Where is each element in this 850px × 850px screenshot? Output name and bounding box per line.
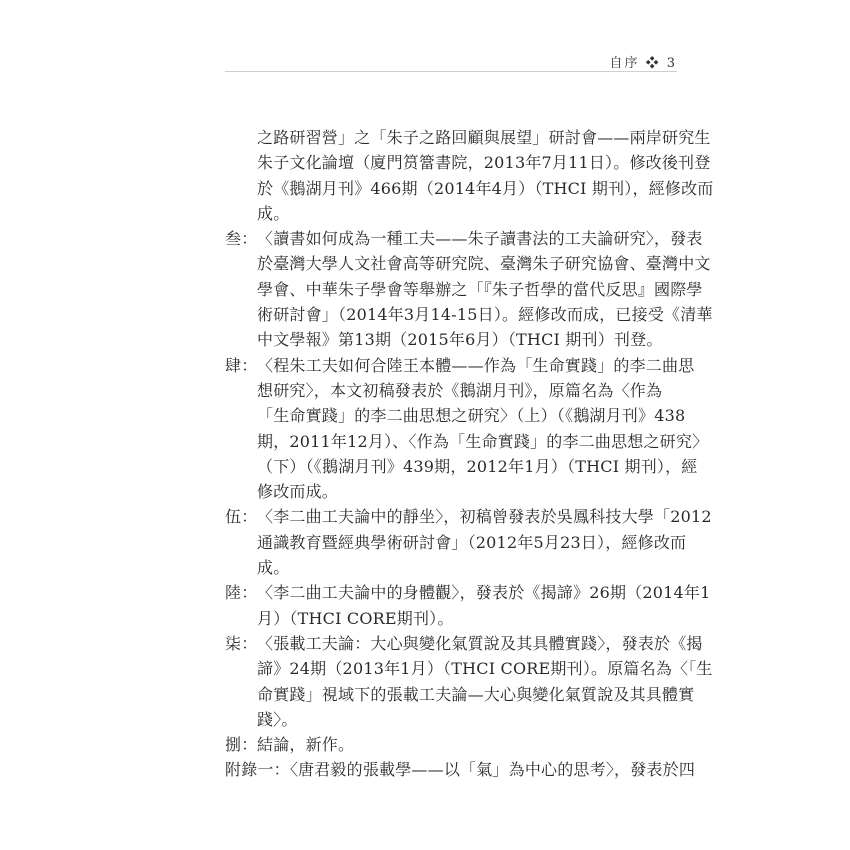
entry-6: 陸：〈李二曲工夫論中的身體觀〉，發表於《揭諦》26期（2014年1 月）（THC… [225, 580, 680, 631]
text-line: 踐〉。 [225, 707, 680, 732]
header-section-page: 自序 ❖ 3 [609, 52, 677, 71]
text-line: 〈程朱工夫如何合陸王本體——作為「生命實踐」的李二曲思 [257, 356, 694, 375]
text-line: 之路研習營」之「朱子之路回顧與展望」研討會——兩岸研究生 [225, 125, 680, 150]
continuation-paragraph: 之路研習營」之「朱子之路回顧與展望」研討會——兩岸研究生 朱子文化論壇（廈門筼簹… [225, 125, 680, 226]
entry-label: 陸： [225, 580, 257, 605]
text-line: 於臺灣大學人文社會高等研究院、臺灣朱子研究協會、臺灣中文 [225, 251, 680, 276]
entry-4: 肆：〈程朱工夫如何合陸王本體——作為「生命實踐」的李二曲思 想研究〉，本文初稿發… [225, 353, 680, 505]
text-line: 成。 [225, 555, 680, 580]
text-line: 修改而成。 [225, 479, 680, 504]
text-line: 〈張載工夫論：大心與變化氣質說及其具體實踐〉，發表於《揭 [257, 634, 703, 653]
header-rule [225, 71, 677, 72]
text-line: （下）（《鵝湖月刊》439期，2012年1月）（THCI 期刊），經 [225, 454, 680, 479]
text-line: 成。 [225, 201, 680, 226]
entry-label: 捌： [225, 732, 257, 757]
appendix-1: 附錄一：〈唐君毅的張載學——以「氣」為中心的思考〉，發表於四 [225, 757, 680, 782]
text-line: 中文學報》第13期（2015年6月）（THCI 期刊）刊登。 [225, 327, 680, 352]
page-body: 之路研習營」之「朱子之路回顧與展望」研討會——兩岸研究生 朱子文化論壇（廈門筼簹… [225, 125, 680, 783]
entry-3: 叁：〈讀書如何成為一種工夫——朱子讀書法的工夫論研究〉，發表 於臺灣大學人文社會… [225, 226, 680, 352]
entry-label: 柒： [225, 631, 257, 656]
text-line: 諦》24期（2013年1月）（THCI CORE期刊）。原篇名為〈「生 [225, 656, 680, 681]
entry-label: 肆： [225, 353, 257, 378]
entry-5: 伍：〈李二曲工夫論中的靜坐〉，初稿曾發表於吳鳳科技大學「2012 通識教育暨經典… [225, 504, 680, 580]
text-line: 「生命實踐」的李二曲思想之研究〉（上）（《鵝湖月刊》438 [225, 403, 680, 428]
running-header: 自序 ❖ 3 [225, 52, 677, 72]
entry-label: 叁： [225, 226, 257, 251]
entry-label: 伍： [225, 504, 257, 529]
text-line: 結論，新作。 [257, 735, 354, 754]
entry-label: 附錄一： [225, 760, 290, 779]
entry-7: 柒：〈張載工夫論：大心與變化氣質說及其具體實踐〉，發表於《揭 諦》24期（201… [225, 631, 680, 732]
entry-8: 捌：結論，新作。 [225, 732, 680, 757]
text-line: 於《鵝湖月刊》466期（2014年4月）（THCI 期刊），經修改而 [225, 176, 680, 201]
text-line: 期，2011年12月）、〈作為「生命實踐」的李二曲思想之研究〉 [225, 429, 680, 454]
text-line: 月）（THCI CORE期刊）。 [225, 606, 680, 631]
text-line: 術研討會」（2014年3月14-15日）。經修改而成，已接受《清華 [225, 302, 680, 327]
text-line: 想研究〉，本文初稿發表於《鵝湖月刊》，原篇名為〈作為 [225, 378, 680, 403]
text-line: 〈唐君毅的張載學——以「氣」為中心的思考〉，發表於四 [290, 760, 695, 779]
text-line: 命實踐」視域下的張載工夫論—大心與變化氣質說及其具體實 [225, 682, 680, 707]
text-line: 朱子文化論壇（廈門筼簹書院，2013年7月11日）。修改後刊登 [225, 150, 680, 175]
text-line: 通識教育暨經典學術研討會」（2012年5月23日），經修改而 [225, 530, 680, 555]
text-line: 學會、中華朱子學會等舉辦之「『朱子哲學的當代反思』國際學 [225, 277, 680, 302]
text-line: 〈李二曲工夫論中的身體觀〉，發表於《揭諦》26期（2014年1 [257, 583, 710, 602]
text-line: 〈讀書如何成為一種工夫——朱子讀書法的工夫論研究〉，發表 [257, 229, 703, 248]
text-line: 〈李二曲工夫論中的靜坐〉，初稿曾發表於吳鳳科技大學「2012 [257, 507, 712, 526]
